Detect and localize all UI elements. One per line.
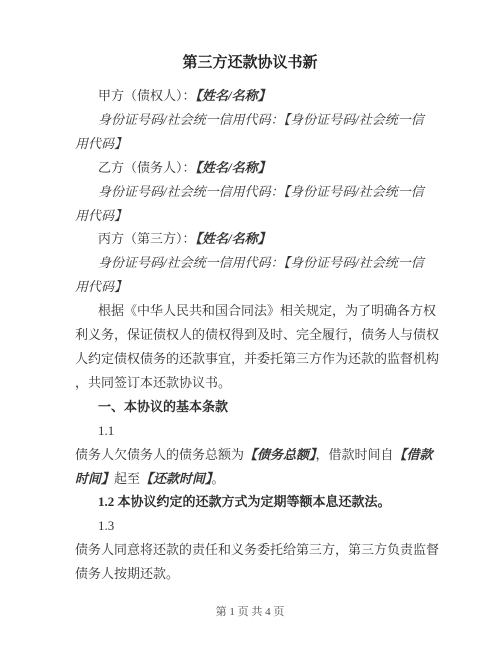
text-line: 身份证号码/社会统一信用代码：【身份证号码/社会统一信 (75, 108, 422, 132)
document-title: 第三方还款协议书新 (0, 0, 500, 73)
text-line: 用代码】 (75, 204, 422, 228)
text-segment: 债务人按期还款。 (75, 566, 179, 581)
text-line: 身份证号码/社会统一信用代码：【身份证号码/社会统一信 (75, 180, 422, 204)
text-segment: 1.1 (98, 423, 114, 438)
text-line: 时间】起至【还款时间】。 (75, 467, 422, 491)
text-segment: 根据《中华人民共和国合同法》相关规定，为了明确各方权 (98, 303, 436, 318)
placeholder-field: 【债务总额】 (244, 447, 316, 462)
text-line: 债务人同意将还款的责任和义务委托给第三方，第三方负责监督 (75, 538, 422, 562)
text-line: 1.3 (75, 514, 422, 538)
text-line: 一、本协议的基本条款 (75, 395, 422, 419)
placeholder-field: 【姓名/名称】 (196, 88, 271, 103)
text-segment: 用代码】 (75, 136, 127, 151)
text-line: 人约定债权债务的还款事宜，并委托第三方作为还款的监督机构 (75, 347, 422, 371)
text-segment: 身份证号码/社会统一信用代码：【身份证号码/社会统一信 (98, 255, 424, 270)
text-segment: 一、本协议的基本条款 (98, 399, 228, 414)
placeholder-field: 【还款时间】 (140, 471, 212, 486)
page-number-footer: 第 1 页 共 4 页 (0, 603, 500, 619)
text-segment: 用代码】 (75, 208, 127, 223)
text-line: 债务人欠债务人的债务总额为【债务总额】，借款时间自【借款 (75, 443, 422, 467)
text-line: 丙方（第三方）：【姓名/名称】 (75, 227, 422, 251)
placeholder-field: 【姓名/名称】 (196, 160, 271, 175)
text-segment: 1.2 本协议约定的还款方式为定期等额本息还款法。 (98, 494, 391, 509)
text-segment: 身份证号码/社会统一信用代码：【身份证号码/社会统一信 (98, 184, 424, 199)
text-segment: 起至 (114, 471, 140, 486)
text-line: 用代码】 (75, 132, 422, 156)
text-segment: 身份证号码/社会统一信用代码：【身份证号码/社会统一信 (98, 112, 424, 127)
text-line: ，共同签订本还款协议书。 (75, 371, 422, 395)
document-body: 甲方（债权人）：【姓名/名称】身份证号码/社会统一信用代码：【身份证号码/社会统… (75, 84, 422, 586)
text-segment: 甲方（债权人）： (98, 88, 196, 103)
text-segment: 丙方（第三方）： (98, 231, 196, 246)
text-line: 甲方（债权人）：【姓名/名称】 (75, 84, 422, 108)
text-line: 根据《中华人民共和国合同法》相关规定，为了明确各方权 (75, 299, 422, 323)
placeholder-field: 【借款 (394, 447, 433, 462)
text-line: 利义务，保证债权人的债权得到及时、完全履行，债务人与债权 (75, 323, 422, 347)
text-segment: ，共同签订本还款协议书。 (75, 375, 231, 390)
text-segment: 。 (212, 471, 225, 486)
text-segment: 1.3 (98, 518, 114, 533)
text-segment: 利义务，保证债权人的债权得到及时、完全履行，债务人与债权 (75, 327, 439, 342)
text-line: 1.1 (75, 419, 422, 443)
text-line: 用代码】 (75, 275, 422, 299)
text-segment: 债务人同意将还款的责任和义务委托给第三方，第三方负责监督 (75, 542, 439, 557)
text-line: 债务人按期还款。 (75, 562, 422, 586)
text-segment: 债务人欠债务人的债务总额为 (75, 447, 244, 462)
text-line: 乙方（债务人）：【姓名/名称】 (75, 156, 422, 180)
text-line: 1.2 本协议约定的还款方式为定期等额本息还款法。 (75, 490, 422, 514)
text-segment: 用代码】 (75, 279, 127, 294)
text-line: 身份证号码/社会统一信用代码：【身份证号码/社会统一信 (75, 251, 422, 275)
text-segment: ，借款时间自 (316, 447, 394, 462)
placeholder-field: 时间】 (75, 471, 114, 486)
text-segment: 乙方（债务人）： (98, 160, 196, 175)
text-segment: 人约定债权债务的还款事宜，并委托第三方作为还款的监督机构 (75, 351, 439, 366)
document-page: 第三方还款协议书新 甲方（债权人）：【姓名/名称】身份证号码/社会统一信用代码：… (0, 0, 500, 647)
placeholder-field: 【姓名/名称】 (196, 231, 271, 246)
